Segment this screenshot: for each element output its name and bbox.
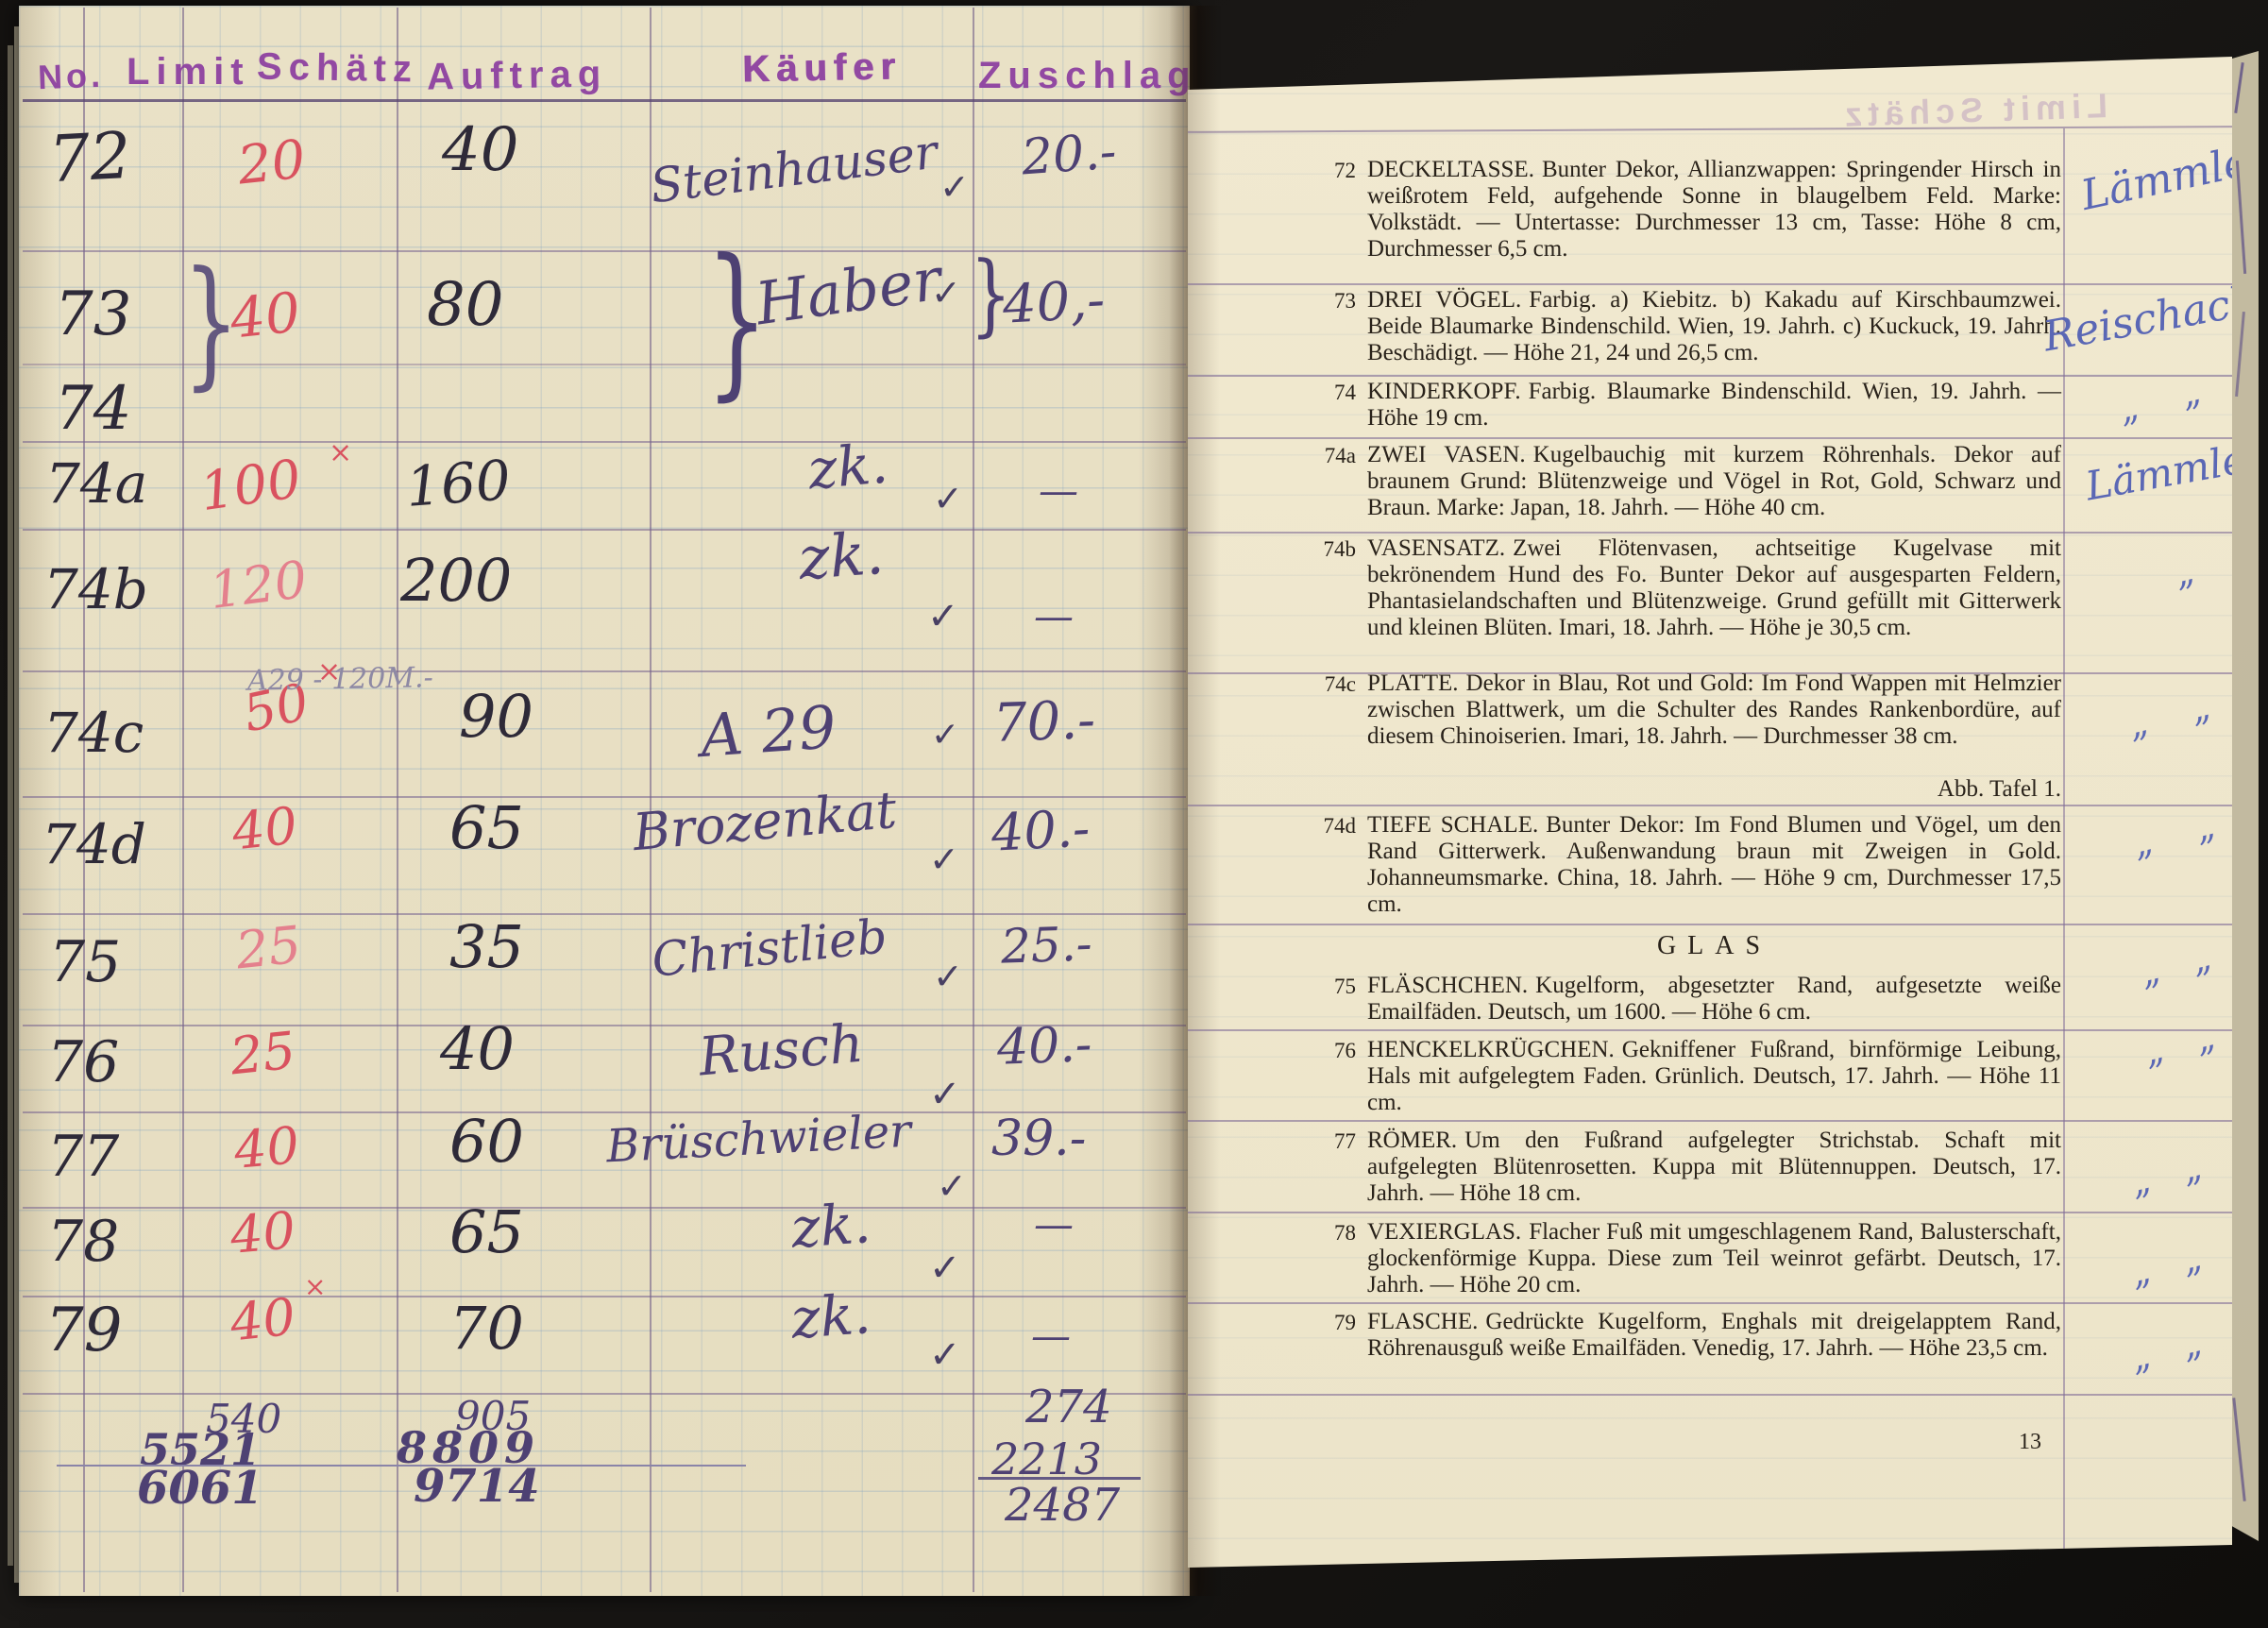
catalog-no-75: 75 bbox=[1294, 975, 1356, 999]
kaeufer-74c: A 29 bbox=[699, 692, 838, 771]
catalog-entry-75: FLÄSCHCHEN.Kugelform, abgesetzter Rand, … bbox=[1367, 973, 2061, 1026]
entry-rule bbox=[1188, 924, 2232, 925]
lot-no-74c: 74c bbox=[43, 701, 144, 765]
margin-annotation-76: „ „ bbox=[2140, 1016, 2219, 1074]
catalog-entry-77: RÖMER.Um den Fußrand aufgelegter Strichs… bbox=[1367, 1128, 2061, 1207]
catalog-no-74c: 74c bbox=[1294, 672, 1356, 697]
kaeufer-74b: zk. bbox=[797, 518, 887, 593]
checkmark-72: ✓ bbox=[939, 166, 970, 208]
catalog-entry-74c: PLATTE.Dekor in Blau, Rot und Gold: Im F… bbox=[1367, 670, 2061, 750]
kaeufer-74a: zk. bbox=[805, 431, 890, 501]
lot-no-74d: 74d bbox=[42, 812, 146, 876]
checkmark-78: ✓ bbox=[929, 1246, 961, 1290]
checkmark-79: ✓ bbox=[929, 1333, 961, 1377]
checkmark-74b: ✓ bbox=[927, 595, 959, 638]
row-rule bbox=[23, 1393, 1186, 1395]
margin-annotation-75: „ „ bbox=[2136, 937, 2215, 994]
zuschlag-74c: 70.- bbox=[992, 689, 1096, 755]
checkmark-74a: ✓ bbox=[933, 478, 963, 519]
zuschlag-72: 20.- bbox=[1020, 124, 1118, 187]
catalog-right-page: Limit Schätz 72 DECKELTASSE.Bunter Dekor… bbox=[1188, 53, 2232, 1569]
lot-no-78: 78 bbox=[47, 1209, 119, 1275]
catalog-no-76: 76 bbox=[1294, 1039, 1356, 1063]
total-zuschlag-1: 274 bbox=[1025, 1381, 1112, 1433]
limit-75: 25 bbox=[233, 915, 304, 981]
row-rule bbox=[23, 913, 1186, 915]
margin-annotation-74c: „ „ bbox=[2124, 686, 2214, 746]
catalog-entry-74c-plate-ref: Abb. Tafel 1. bbox=[1367, 776, 2061, 803]
schaetz-74b: 200 bbox=[400, 546, 512, 615]
schaetz-75: 35 bbox=[449, 912, 524, 981]
limit-79-mark: × bbox=[304, 1271, 326, 1302]
entry-title: RÖMER. bbox=[1367, 1128, 1457, 1153]
limit-76: 25 bbox=[228, 1021, 298, 1087]
ledger-spread-scan: No. Limit Schätz Auftrag Käufer Zuschlag… bbox=[0, 0, 2268, 1628]
zuschlag-74d: 40.- bbox=[990, 798, 1091, 862]
catalog-entry-72: DECKELTASSE.Bunter Dekor, Allianzwappen:… bbox=[1367, 157, 2061, 263]
header-limit: Limit bbox=[127, 51, 250, 93]
column-rule-auftrag bbox=[650, 8, 652, 1592]
lot-no-74b: 74b bbox=[43, 557, 148, 621]
schaetz-77: 60 bbox=[449, 1107, 524, 1176]
lot-no-73: 73 bbox=[55, 280, 131, 349]
entry-body: Dekor in Blau, Rot und Gold: Im Fond Wap… bbox=[1367, 670, 2061, 749]
catalog-no-74a: 74a bbox=[1294, 444, 1356, 468]
page-number: 13 bbox=[2019, 1430, 2041, 1455]
entry-rule bbox=[1188, 375, 2232, 377]
zuschlag-76: 40.- bbox=[996, 1016, 1092, 1076]
kaeufer-79: zk. bbox=[789, 1281, 873, 1351]
entry-title: PLATTE. bbox=[1367, 670, 1459, 696]
lot-no-76: 76 bbox=[47, 1029, 119, 1095]
catalog-entry-79: FLASCHE.Gedrückte Kugelform, Enghals mit… bbox=[1367, 1309, 2061, 1362]
catalog-entry-73: DREI VÖGEL.Farbig. a) Kiebitz. b) Kakadu… bbox=[1367, 287, 2061, 366]
catalog-entry-78: VEXIERGLAS.Flacher Fuß mit umgeschlagene… bbox=[1367, 1219, 2061, 1298]
header-schaetz: Schätz bbox=[257, 46, 419, 92]
catalog-no-74b: 74b bbox=[1294, 537, 1356, 562]
row-rule bbox=[23, 1296, 1186, 1297]
schaetz-72: 40 bbox=[442, 115, 518, 185]
limit-73-74: 40 bbox=[228, 280, 304, 350]
entry-title: HENCKELKRÜGCHEN. bbox=[1367, 1037, 1615, 1062]
limit-77: 40 bbox=[231, 1115, 301, 1180]
margin-annotation-72: Lämmle bbox=[2077, 138, 2253, 220]
lot-no-79: 79 bbox=[45, 1296, 122, 1365]
entry-title: KINDERKOPF. bbox=[1367, 379, 1521, 404]
schaetz-74c: 90 bbox=[459, 682, 533, 751]
margin-annotation-74d: „ „ bbox=[2128, 805, 2219, 865]
margin-annotation-74b: „ bbox=[2170, 550, 2198, 594]
total-schaetz-3: 9714 bbox=[414, 1460, 540, 1513]
entry-title: DECKELTASSE. bbox=[1367, 157, 1534, 182]
lot-no-77: 77 bbox=[47, 1124, 119, 1190]
total-limit-3: 6061 bbox=[137, 1462, 263, 1515]
schaetz-79: 70 bbox=[449, 1294, 524, 1363]
header-rule bbox=[23, 99, 1186, 102]
column-rule-schaetz bbox=[397, 8, 398, 1592]
page-stack-edge-left bbox=[8, 45, 13, 1566]
zuschlag-74b: — bbox=[1034, 593, 1074, 639]
limit-74b: 120 bbox=[207, 550, 311, 620]
limit-74d: 40 bbox=[229, 796, 300, 862]
entry-rule bbox=[1188, 805, 2232, 806]
schaetz-74d: 65 bbox=[449, 793, 524, 862]
total-zuschlag-3: 2487 bbox=[1005, 1479, 1120, 1532]
section-heading-glas: GLAS bbox=[1367, 931, 2061, 961]
zuschlag-79: — bbox=[1031, 1313, 1071, 1359]
schaetz-74a: 160 bbox=[404, 448, 513, 519]
row-rule bbox=[23, 1207, 1186, 1209]
entry-title: FLASCHE. bbox=[1367, 1309, 1478, 1334]
entry-title: DREI VÖGEL. bbox=[1367, 287, 1521, 313]
limit-78: 40 bbox=[228, 1200, 297, 1265]
lot-no-74a: 74a bbox=[45, 451, 147, 516]
entry-rule bbox=[1188, 283, 2232, 285]
header-zuschlag: Zuschlag bbox=[978, 55, 1197, 97]
catalog-no-74: 74 bbox=[1294, 381, 1356, 405]
checkmark-73-74: ✓ bbox=[931, 272, 961, 314]
entry-rule bbox=[1188, 1029, 2232, 1031]
schaetz-76: 40 bbox=[440, 1014, 515, 1083]
margin-annotation-78: „ „ bbox=[2126, 1237, 2206, 1295]
schaetz-78: 65 bbox=[449, 1197, 524, 1266]
zuschlag-73-74: 40,- bbox=[1001, 269, 1106, 336]
checkmark-75: ✓ bbox=[933, 956, 963, 997]
catalog-entry-74a: ZWEI VASEN.Kugelbauchig mit kurzem Röhre… bbox=[1367, 442, 2061, 521]
entry-rule bbox=[1188, 532, 2232, 534]
catalog-no-73: 73 bbox=[1294, 289, 1356, 314]
margin-annotation-73: Reischach bbox=[2040, 277, 2260, 362]
page-stack-edge-right bbox=[2232, 51, 2259, 1541]
entry-title: FLÄSCHCHEN. bbox=[1367, 973, 1528, 998]
catalog-no-72: 72 bbox=[1294, 159, 1356, 183]
catalog-no-74d: 74d bbox=[1294, 814, 1356, 839]
header-no: No. bbox=[37, 56, 104, 97]
catalog-entry-74: KINDERKOPF.Farbig. Blaumarke Bindenschil… bbox=[1367, 379, 2061, 432]
margin-annotation-74a: Lämmle bbox=[2082, 436, 2249, 510]
catalog-top-rule bbox=[1188, 126, 2232, 133]
checkmark-76: ✓ bbox=[929, 1073, 961, 1116]
margin-annotation-79: „ „ bbox=[2126, 1322, 2206, 1380]
zuschlag-78: — bbox=[1034, 1201, 1074, 1247]
entry-body: Um den Fußrand aufgelegter Strichstab. S… bbox=[1367, 1128, 2061, 1206]
header-kaeufer: Käufer bbox=[742, 46, 902, 92]
row-rule bbox=[23, 441, 1186, 443]
schaetz-73-74: 80 bbox=[427, 270, 503, 340]
limit-72: 20 bbox=[235, 128, 309, 196]
entry-title: VASENSATZ. bbox=[1367, 535, 1505, 561]
checkmark-74d: ✓ bbox=[929, 839, 959, 880]
entry-title: ZWEI VASEN. bbox=[1367, 442, 1526, 467]
entry-rule bbox=[1188, 1394, 2232, 1396]
zuschlag-77: 39.- bbox=[991, 1111, 1086, 1167]
catalog-entry-74b: VASENSATZ.Zwei Flötenvasen, achtseitige … bbox=[1367, 535, 2061, 641]
catalog-no-78: 78 bbox=[1294, 1221, 1356, 1246]
lot-no-72: 72 bbox=[47, 119, 133, 197]
catalog-entry-76: HENCKELKRÜGCHEN.Gekniffener Fußrand, bir… bbox=[1367, 1037, 2061, 1116]
entry-rule bbox=[1188, 437, 2232, 439]
row-rule bbox=[23, 670, 1186, 672]
lot-no-75: 75 bbox=[49, 929, 121, 995]
catalog-entry-74d: TIEFE SCHALE.Bunter Dekor: Im Fond Blume… bbox=[1367, 812, 2061, 918]
checkmark-74c: ✓ bbox=[931, 716, 959, 755]
zuschlag-74a: — bbox=[1039, 467, 1078, 514]
checkmark-77: ✓ bbox=[937, 1165, 967, 1207]
entry-rule bbox=[1188, 1302, 2232, 1304]
lot-no-74: 74 bbox=[55, 374, 131, 444]
limit-79: 40 bbox=[228, 1287, 298, 1353]
row-rule bbox=[23, 529, 1186, 531]
entry-rule bbox=[1188, 1212, 2232, 1213]
entry-title: VEXIERGLAS. bbox=[1367, 1219, 1521, 1245]
entry-rule bbox=[1188, 1120, 2232, 1122]
limit-74a-mark: × bbox=[329, 436, 352, 469]
row-rule bbox=[23, 796, 1186, 798]
margin-annotation-77: „ „ bbox=[2126, 1146, 2206, 1204]
catalog-no-79: 79 bbox=[1294, 1311, 1356, 1335]
margin-annotation-74: „ „ bbox=[2114, 370, 2205, 431]
catalog-no-77: 77 bbox=[1294, 1129, 1356, 1154]
auftrag-note-74c: A29 - 120M.- bbox=[247, 661, 433, 697]
kaeufer-78: zk. bbox=[789, 1191, 873, 1261]
header-auftrag: Auftrag bbox=[427, 53, 608, 98]
entry-title: TIEFE SCHALE. bbox=[1367, 812, 1538, 838]
zuschlag-75: 25.- bbox=[1000, 916, 1092, 974]
